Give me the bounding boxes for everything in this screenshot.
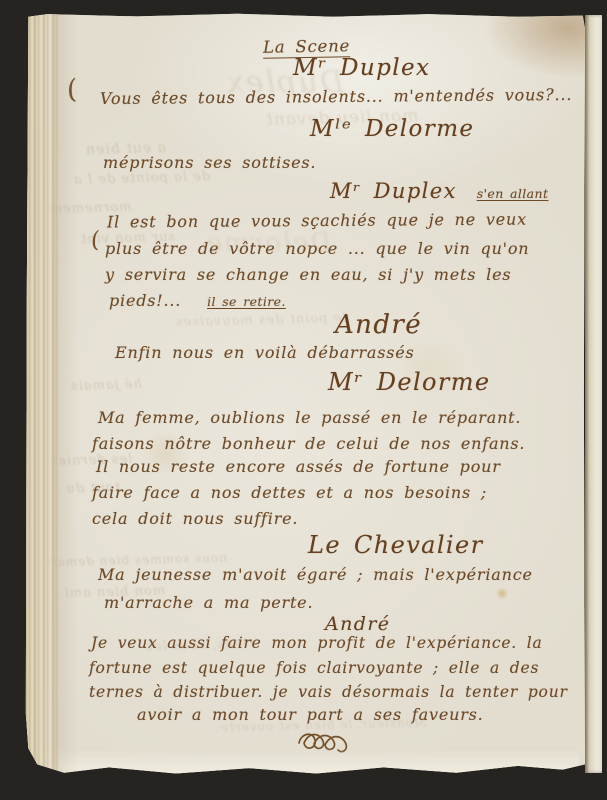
character-name-delorme-mlle: Mˡᵉ Delorme [310, 116, 474, 142]
dialogue-line: faisons nôtre bonheur de celui de nos en… [92, 434, 525, 453]
dialogue-line: Vous êtes tous des insolents... m'entend… [100, 85, 572, 108]
dialogue-text: pieds!... [109, 291, 181, 310]
adjacent-page-sliver [585, 15, 602, 773]
stage-direction: il se retire. [207, 294, 286, 309]
dialogue-line: plus être de vôtre nopce ... que le vin … [105, 239, 529, 258]
character-name-andre-2: André [325, 613, 390, 635]
dialogue-line: Ma jeunesse m'avoit égaré ; mais l'expér… [98, 565, 533, 584]
dialogue-line: méprisons ses sottises. [103, 153, 316, 172]
dialogue-line: ternes à distribuer. je vais désormais l… [89, 683, 568, 701]
dialogue-line: Ma femme, oublions le passé en le répara… [98, 408, 521, 427]
gutter-shadow [53, 13, 79, 775]
dialogue-line: Il nous reste encore assés de fortune po… [96, 457, 501, 476]
paper-stain [495, 588, 509, 599]
character-name-duplex: Mʳ Duplex [293, 55, 430, 81]
scene-heading: La Scene [263, 36, 350, 57]
dialogue-line: fortune est quelque fois clairvoyante ; … [89, 659, 539, 677]
dialogue-line: m'arrache a ma perte. [104, 593, 313, 612]
paper-deckle-edge [31, 748, 579, 774]
character-name-chevalier: Le Chevalier [308, 531, 484, 559]
dialogue-line: cela doit nous suffire. [92, 509, 298, 528]
dialogue-line: Il est bon que vous sçachiés que je ne v… [107, 210, 527, 232]
dialogue-line: Je veux aussi faire mon profit de l'expé… [91, 634, 543, 652]
dialogue-line: faire face a nos dettes et a nos besoins… [92, 483, 487, 502]
manuscript-page: a eut bien de la pointe de l a mornemens… [25, 13, 585, 775]
scanned-manuscript: a eut bien de la pointe de l a mornemens… [0, 0, 607, 800]
character-name-andre: André [335, 310, 422, 340]
dialogue-line: y servira se change en eau, si j'y mets … [105, 265, 511, 284]
dialogue-line: Enfin nous en voilà débarrassés [115, 343, 415, 362]
bleedthrough-mark: hé jamais [70, 377, 142, 394]
character-name-duplex-2: Mʳ Duplex s'en allant [330, 179, 548, 203]
character-name-delorme: Mʳ Delorme [328, 368, 491, 396]
dialogue-line: avoir a mon tour part a ses faveurs. [137, 705, 484, 724]
character-name-text: Mʳ Duplex [330, 179, 457, 203]
stage-direction: s'en allant [477, 186, 549, 201]
bleedthrough-mark: le point des mauvaises [175, 311, 347, 330]
dialogue-line: pieds!... il se retire. [109, 291, 286, 310]
